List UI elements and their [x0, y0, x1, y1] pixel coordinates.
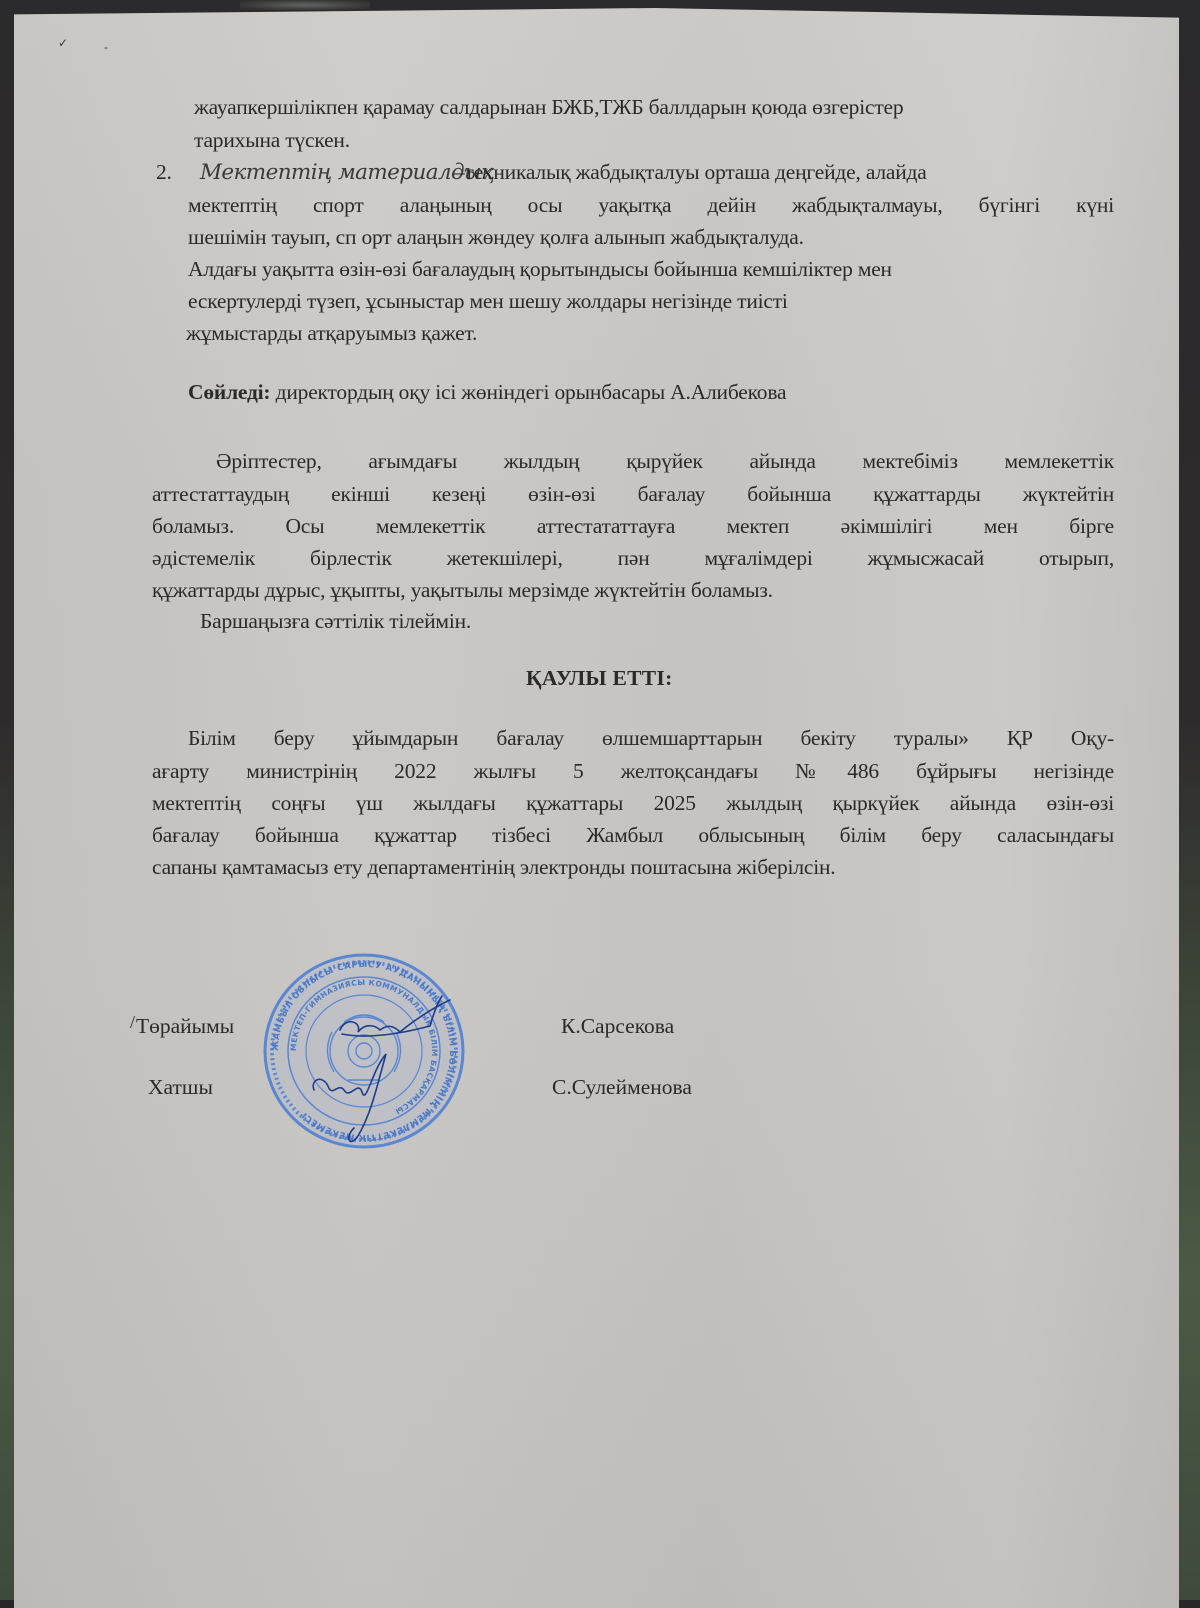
- speech-line-5: құжаттарды дұрыс, ұқыпты, уақытылы мерзі…: [152, 575, 773, 606]
- pen-tick-mark: /: [130, 1012, 135, 1033]
- item-2-number: 2.: [156, 157, 172, 188]
- document-body: жауапкершілікпен қарамау салдарынан БЖБ,…: [14, 8, 1179, 1600]
- item-2-lead-text: Мектептің материалдық: [200, 157, 493, 188]
- speech-line-3: боламыз. Осы мемлекеттік аттестататтауға…: [152, 511, 1114, 542]
- document-page: ✓ - жауапкершілікпен қарамау салдарынан …: [14, 8, 1179, 1600]
- speaker-label: Сөйледі:: [188, 380, 270, 404]
- resolution-line-4: бағалау бойынша құжаттар тізбесі Жамбыл …: [152, 820, 1114, 851]
- intro-line-1: жауапкершілікпен қарамау салдарынан БЖБ,…: [194, 92, 903, 123]
- conclusion-line-1: Алдағы уақытта өзін-өзі бағалаудың қорыт…: [188, 254, 892, 285]
- speech-line-4: әдістемелік бірлестік жетекшілері, пән м…: [152, 543, 1114, 574]
- resolution-line-5: сапаны қамтамасыз ету департаментінің эл…: [152, 852, 835, 883]
- resolution-line-3: мектептің соңғы үш жылдағы құжаттары 202…: [152, 788, 1114, 819]
- chair-name: К.Сарсекова: [561, 1014, 674, 1039]
- speaker-line: Сөйледі: директордың оқу ісі жөніндегі о…: [188, 377, 786, 408]
- item-2-line-3: шешімін тауып, сп орт алаңын жөндеу қолғ…: [188, 222, 804, 253]
- background-clutter: [240, 0, 370, 10]
- speech-line-2: аттестаттаудың екінші кезеңі өзін-өзі ба…: [152, 479, 1114, 510]
- conclusion-line-3: жұмыстарды атқаруымыз қажет.: [186, 318, 477, 349]
- official-stamp-icon: ЖАМБЫЛ ОБЛЫСЫ САРЫСУ АУДАНЫНЫҢ БІЛІМ БӨЛ…: [262, 952, 466, 1150]
- conclusion-line-2: ескертулерді түзеп, ұсыныстар мен шешу ж…: [188, 286, 788, 317]
- intro-line-2: тарихына түскен.: [194, 125, 350, 156]
- item-2-line-1: –техникалық жабдықталуы орташа деңгейде,…: [454, 157, 927, 188]
- speaker-text: директордың оқу ісі жөніндегі орынбасары…: [276, 380, 787, 404]
- resolution-line-2: ағарту министрінің 2022 жылғы 5 желтоқса…: [152, 756, 1114, 787]
- speech-line-1: Әріптестер, ағымдағы жылдың қырүйек айын…: [216, 446, 1114, 477]
- secretary-name: С.Сулейменова: [552, 1075, 692, 1100]
- resolution-line-1: Білім беру ұйымдарын бағалау өлшемшартта…: [188, 723, 1114, 754]
- secretary-role-label: Хатшы: [148, 1075, 213, 1100]
- item-2-line-2: мектептің спорт алаңының осы уақытқа дей…: [188, 190, 1114, 221]
- resolution-heading: ҚАУЛЫ ЕТТІ:: [526, 663, 673, 694]
- chair-role-label: /Төрайымы: [136, 1014, 234, 1039]
- speech-closing: Баршаңызға сәттілік тілеймін.: [200, 606, 471, 637]
